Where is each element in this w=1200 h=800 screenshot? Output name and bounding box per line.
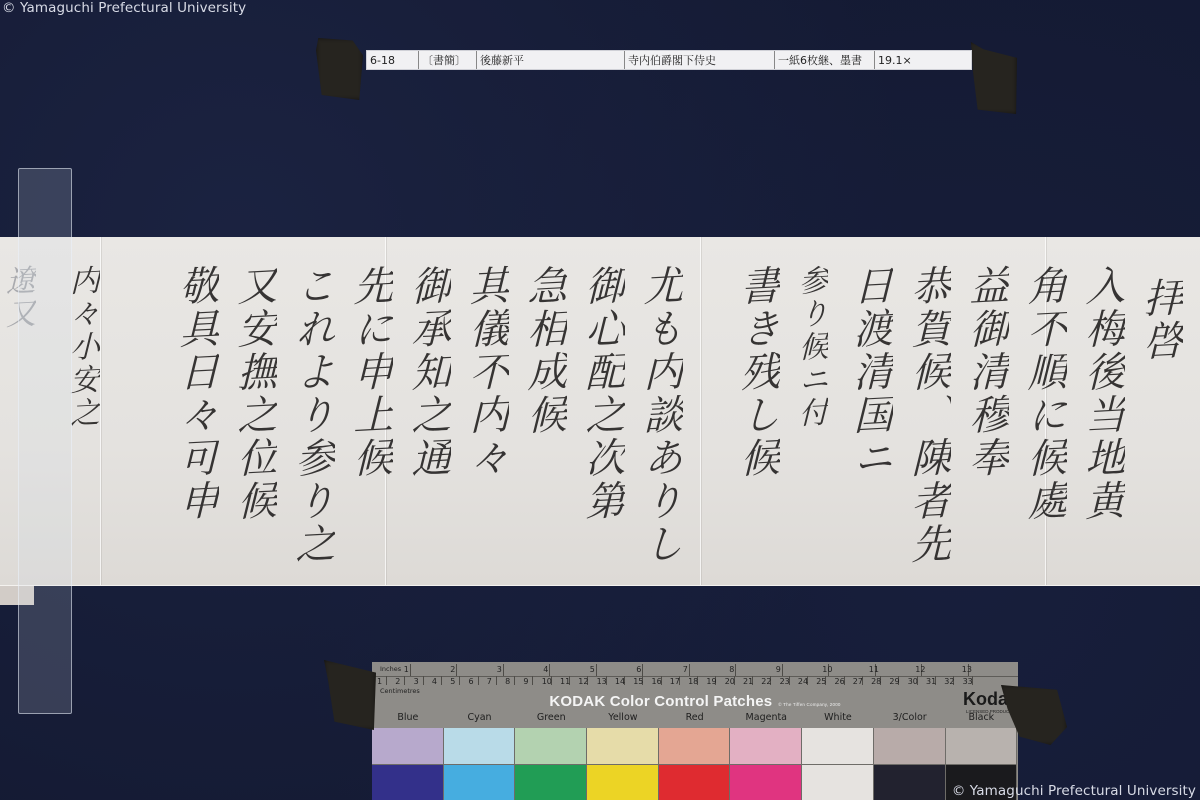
ruler-inch-number: 9 — [776, 665, 781, 674]
ruler-tick — [689, 664, 690, 676]
calligraphy-column: これより参り之 — [292, 264, 332, 567]
black-tape-top-right — [969, 42, 1017, 114]
ruler-tick — [596, 664, 597, 676]
patch-dark — [515, 765, 587, 800]
ruler-tick — [478, 676, 479, 685]
kodak-title: KODAK Color Control Patches© The Tiffen … — [372, 693, 1018, 710]
glass-weight-bar — [18, 168, 72, 714]
ruler-cm-number: 14 — [615, 677, 625, 686]
ruler-cm-number: 27 — [853, 677, 863, 686]
calligraphy-column: 書き残し候 — [737, 264, 777, 481]
color-patch-red — [659, 728, 731, 800]
color-patches — [372, 728, 1018, 800]
ruler-inch-number: 8 — [729, 665, 734, 674]
black-tape-top-left — [316, 38, 363, 100]
calligraphy-column: 日渡清国ニ — [850, 264, 890, 481]
ruler-cm-number: 30 — [908, 677, 918, 686]
ruler-cm-number: 2 — [395, 677, 400, 686]
ruler-inch-number: 2 — [450, 665, 455, 674]
ruler-cm-number: 12 — [578, 677, 588, 686]
calligraphy-column: 急相成候 — [524, 264, 564, 438]
color-patch-blue — [372, 728, 444, 800]
patch-label: Red — [659, 712, 731, 726]
catalog-number: 6-18 — [367, 51, 419, 69]
ruler-cm-number: 18 — [688, 677, 698, 686]
calligraphy-column: 尤も内談ありし — [640, 264, 680, 567]
ruler-inch-number: 7 — [683, 665, 688, 674]
color-patch-magenta — [730, 728, 802, 800]
ruler-inch-number: 13 — [962, 665, 972, 674]
ruler-tick — [514, 676, 515, 685]
patch-light — [730, 728, 802, 765]
patch-dark — [372, 765, 444, 800]
patch-label: Green — [515, 712, 587, 726]
ruler-cm-number: 6 — [469, 677, 474, 686]
calligraphy-column: 参り候ニ付 — [795, 264, 825, 431]
copyright-watermark-bottom: © Yamaguchi Prefectural University — [952, 783, 1196, 799]
calligraphy-column: 入梅後当地黄 — [1082, 264, 1122, 524]
calligraphy-column: 其儀不内々 — [466, 264, 506, 481]
ruler-tick — [549, 664, 550, 676]
ruler-cm-number: 20 — [725, 677, 735, 686]
color-patch-cyan — [444, 728, 516, 800]
calligraphy-column: 益御清穆奉 — [966, 264, 1006, 481]
patch-dark — [587, 765, 659, 800]
ruler-cm-number: 33 — [963, 677, 973, 686]
ruler-cm-number: 31 — [926, 677, 936, 686]
catalog-label-strip: 6-18 〔書簡〕 後藤新平 寺内伯爵閣下侍史 一紙6枚継、墨書 19.1× — [366, 50, 972, 70]
ruler-inch-number: 4 — [543, 665, 548, 674]
ruler-cm-number: 28 — [871, 677, 881, 686]
ruler-cm-number: 23 — [780, 677, 790, 686]
ruler-cm-number: 7 — [487, 677, 492, 686]
ruler-cm-number: 19 — [706, 677, 716, 686]
patch-dark — [730, 765, 802, 800]
calligraphy-column: 角不順に候處 — [1024, 264, 1064, 524]
patch-light — [659, 728, 731, 765]
patch-label: Yellow — [587, 712, 659, 726]
ruler-tick — [386, 676, 387, 685]
catalog-author: 後藤新平 — [477, 51, 625, 69]
ruler-cm-number: 24 — [798, 677, 808, 686]
patch-light — [372, 728, 444, 765]
measurement-ruler: Inches Centimetres 123456789101112131234… — [372, 662, 1018, 696]
ruler-cm-number: 13 — [597, 677, 607, 686]
ruler-cm-number: 3 — [414, 677, 419, 686]
ruler-inch-number: 6 — [636, 665, 641, 674]
color-patch-3-color — [874, 728, 946, 800]
ruler-tick — [532, 676, 533, 685]
ruler-cm-number: 10 — [542, 677, 552, 686]
ruler-tick — [456, 664, 457, 676]
ruler-tick — [496, 676, 497, 685]
ruler-cm-number: 5 — [450, 677, 455, 686]
ruler-tick — [410, 664, 411, 676]
patch-dark — [802, 765, 874, 800]
ruler-cm-number: 32 — [944, 677, 954, 686]
kodak-color-target: Inches Centimetres 123456789101112131234… — [372, 662, 1018, 800]
catalog-type: 〔書簡〕 — [419, 51, 477, 69]
ruler-inch-number: 12 — [915, 665, 925, 674]
patch-light — [946, 728, 1018, 765]
patch-light — [587, 728, 659, 765]
ruler-inches-label: Inches — [380, 665, 401, 673]
calligraphy-column: 御承知之通 — [408, 264, 448, 481]
patch-dark — [874, 765, 946, 800]
ruler-inch-number: 11 — [869, 665, 879, 674]
ruler-cm-number: 9 — [523, 677, 528, 686]
ruler-cm-number: 26 — [835, 677, 845, 686]
calligraphy-column: 敬具日々可申 — [176, 264, 216, 524]
ruler-cm-number: 17 — [670, 677, 680, 686]
patch-label: 3/Color — [874, 712, 946, 726]
patch-dark — [444, 765, 516, 800]
calligraphy-column: 恭賀候、陳者先 — [908, 264, 948, 567]
ruler-inch-number: 3 — [497, 665, 502, 674]
patch-label: Cyan — [444, 712, 516, 726]
patch-dark — [659, 765, 731, 800]
ruler-tick — [404, 676, 405, 685]
ruler-cm-number: 29 — [889, 677, 899, 686]
ruler-cm-number: 11 — [560, 677, 570, 686]
color-patch-yellow — [587, 728, 659, 800]
ruler-cm-number: 1 — [377, 677, 382, 686]
catalog-recipient: 寺内伯爵閣下侍史 — [625, 51, 775, 69]
color-patch-green — [515, 728, 587, 800]
calligraphy-column: 拝啓 — [1140, 276, 1180, 364]
patch-light — [444, 728, 516, 765]
ruler-cm-number: 22 — [761, 677, 771, 686]
calligraphy-text: 拝啓 入梅後当地黄 角不順に候處 益御清穆奉 恭賀候、陳者先 日渡清国ニ 参り候… — [0, 237, 1200, 586]
catalog-description: 一紙6枚継、墨書 — [775, 51, 875, 69]
ruler-tick — [642, 664, 643, 676]
black-tape-bottom-left — [324, 660, 376, 730]
ruler-tick — [441, 676, 442, 685]
patch-light — [874, 728, 946, 765]
copyright-watermark-top: © Yamaguchi Prefectural University — [2, 0, 246, 16]
calligraphy-column: 先に申上候 — [350, 264, 390, 481]
ruler-tick — [782, 664, 783, 676]
color-patch-white — [802, 728, 874, 800]
ruler-tick — [423, 676, 424, 685]
ruler-inch-number: 5 — [590, 665, 595, 674]
calligraphy-column: 又安撫之位候 — [234, 264, 274, 524]
ruler-inch-number: 10 — [822, 665, 832, 674]
patch-label: Black — [946, 712, 1018, 726]
patch-labels: Blue Cyan Green Yellow Red Magenta White… — [372, 712, 1018, 726]
ruler-cm-number: 4 — [432, 677, 437, 686]
ruler-cm-number: 21 — [743, 677, 753, 686]
ruler-tick — [735, 664, 736, 676]
patch-label: White — [802, 712, 874, 726]
ruler-cm-number: 8 — [505, 677, 510, 686]
ruler-cm-number: 16 — [652, 677, 662, 686]
catalog-size: 19.1× — [875, 51, 971, 69]
patch-label: Magenta — [730, 712, 802, 726]
ruler-cm-number: 15 — [633, 677, 643, 686]
patch-light — [802, 728, 874, 765]
ruler-tick — [459, 676, 460, 685]
ruler-cm-number: 25 — [816, 677, 826, 686]
calligraphy-column: 御心配之次第 — [582, 264, 622, 524]
ruler-inch-number: 1 — [404, 665, 409, 674]
ruler-tick — [503, 664, 504, 676]
patch-label: Blue — [372, 712, 444, 726]
patch-light — [515, 728, 587, 765]
